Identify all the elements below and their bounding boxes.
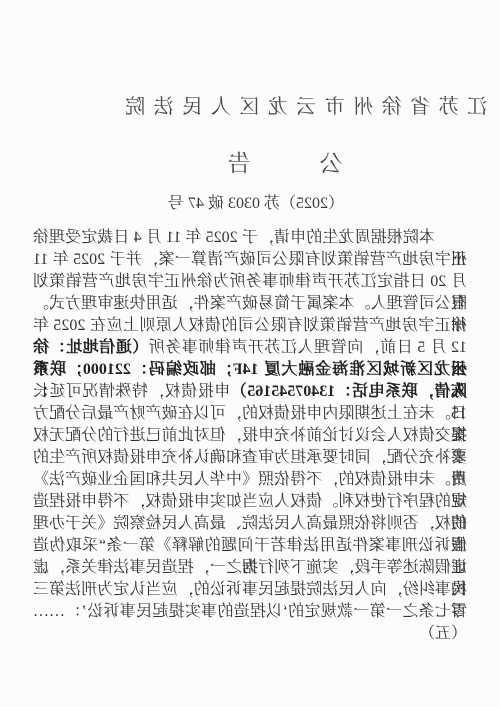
body-text: 州正宇房地产营销策划有限公司的债权人原则上应在 2025 年	[33, 317, 467, 334]
body-line: 零七条之一第一款规定的‘以捏造的事实提起民事诉讼’：……（五）	[33, 601, 467, 623]
body-text: 正宇房地产营销策划有限公司破产清算一案，并于 2025 年 11	[33, 251, 467, 268]
body-line: 求补充分配，同时要承担为审查和确认补充申报债权所产生的费	[33, 447, 467, 469]
court-title: 江苏省徐州市云龙区人民法院	[52, 92, 500, 122]
body-line: 陈倩，联系电话：13407545165）申报债权，特殊情况可延长 15	[33, 381, 467, 403]
body-line: 州正宇房地产营销策划有限公司的债权人原则上应在 2025 年	[33, 315, 467, 337]
body-line: 定的程序行使权利。债权人应当如实申报债权，不得申报捏造的	[33, 491, 467, 513]
body-line: 日。未在上述期限内申报债权的，可以在破产财产最后分配方案	[33, 403, 467, 425]
body-line: 用。未申报债权的，不得依照《中华人民共和国企业破产法》规	[33, 469, 467, 491]
court-announcement-scan: 江苏省徐州市云龙区人民法院 公 告 （2025）苏 0303 破 47 号 本院…	[0, 0, 500, 707]
body-line: 12 月 5 日前，向管理人江苏开声律师事务所（通信地址：徐州市	[33, 337, 467, 359]
announcement-body: 本院根据周龙生的申请，于 2025 年 11 月 4 日裁定受理徐州正宇房地产营…	[33, 227, 467, 623]
notice-title: 公 告	[35, 148, 500, 180]
body-line: 假诉讼刑事案件适用法律若干问题的解释》第一条“采取伪造证据、	[33, 535, 467, 557]
body-line: 债权，否则将依照最高人民法院、最高人民检察院《关于办理虚	[33, 513, 467, 535]
body-text: 零七条之一第一款规定的‘以捏造的事实提起民事诉讼’：……（五）	[33, 603, 467, 642]
case-number: （2025）苏 0303 破 47 号	[6, 194, 500, 214]
body-line: 民事纠纷，向人民法院提起民事诉讼的，应当认定为刑法第三百	[33, 579, 467, 601]
body-line: 正宇房地产营销策划有限公司破产清算一案，并于 2025 年 11	[33, 249, 467, 271]
body-line: 本院根据周龙生的申请，于 2025 年 11 月 4 日裁定受理徐州	[33, 227, 467, 249]
body-line: 提交债权人会议讨论前补充申报，但对此前已进行的分配无权要	[33, 425, 467, 447]
body-line: 云龙区新城区淮海金融大厦 14F；邮政编码：221000；联系人：	[33, 359, 467, 381]
body-line: 月 20 日指定江苏开声律师事务所为徐州正宇房地产营销策划有	[33, 271, 467, 293]
body-text: 12 月 5 日前，向管理人江苏开声律师事务所	[148, 339, 467, 356]
contact-info-bold-text: 陈倩，联系电话：13407545165）	[230, 383, 467, 400]
body-line: 虚假陈述等手段，实施下列行为之一，捏造民事法律关系，虚构	[33, 557, 467, 579]
body-line: 限公司管理人。本案属于简易破产案件，适用快速审理方式。徐	[33, 293, 467, 315]
